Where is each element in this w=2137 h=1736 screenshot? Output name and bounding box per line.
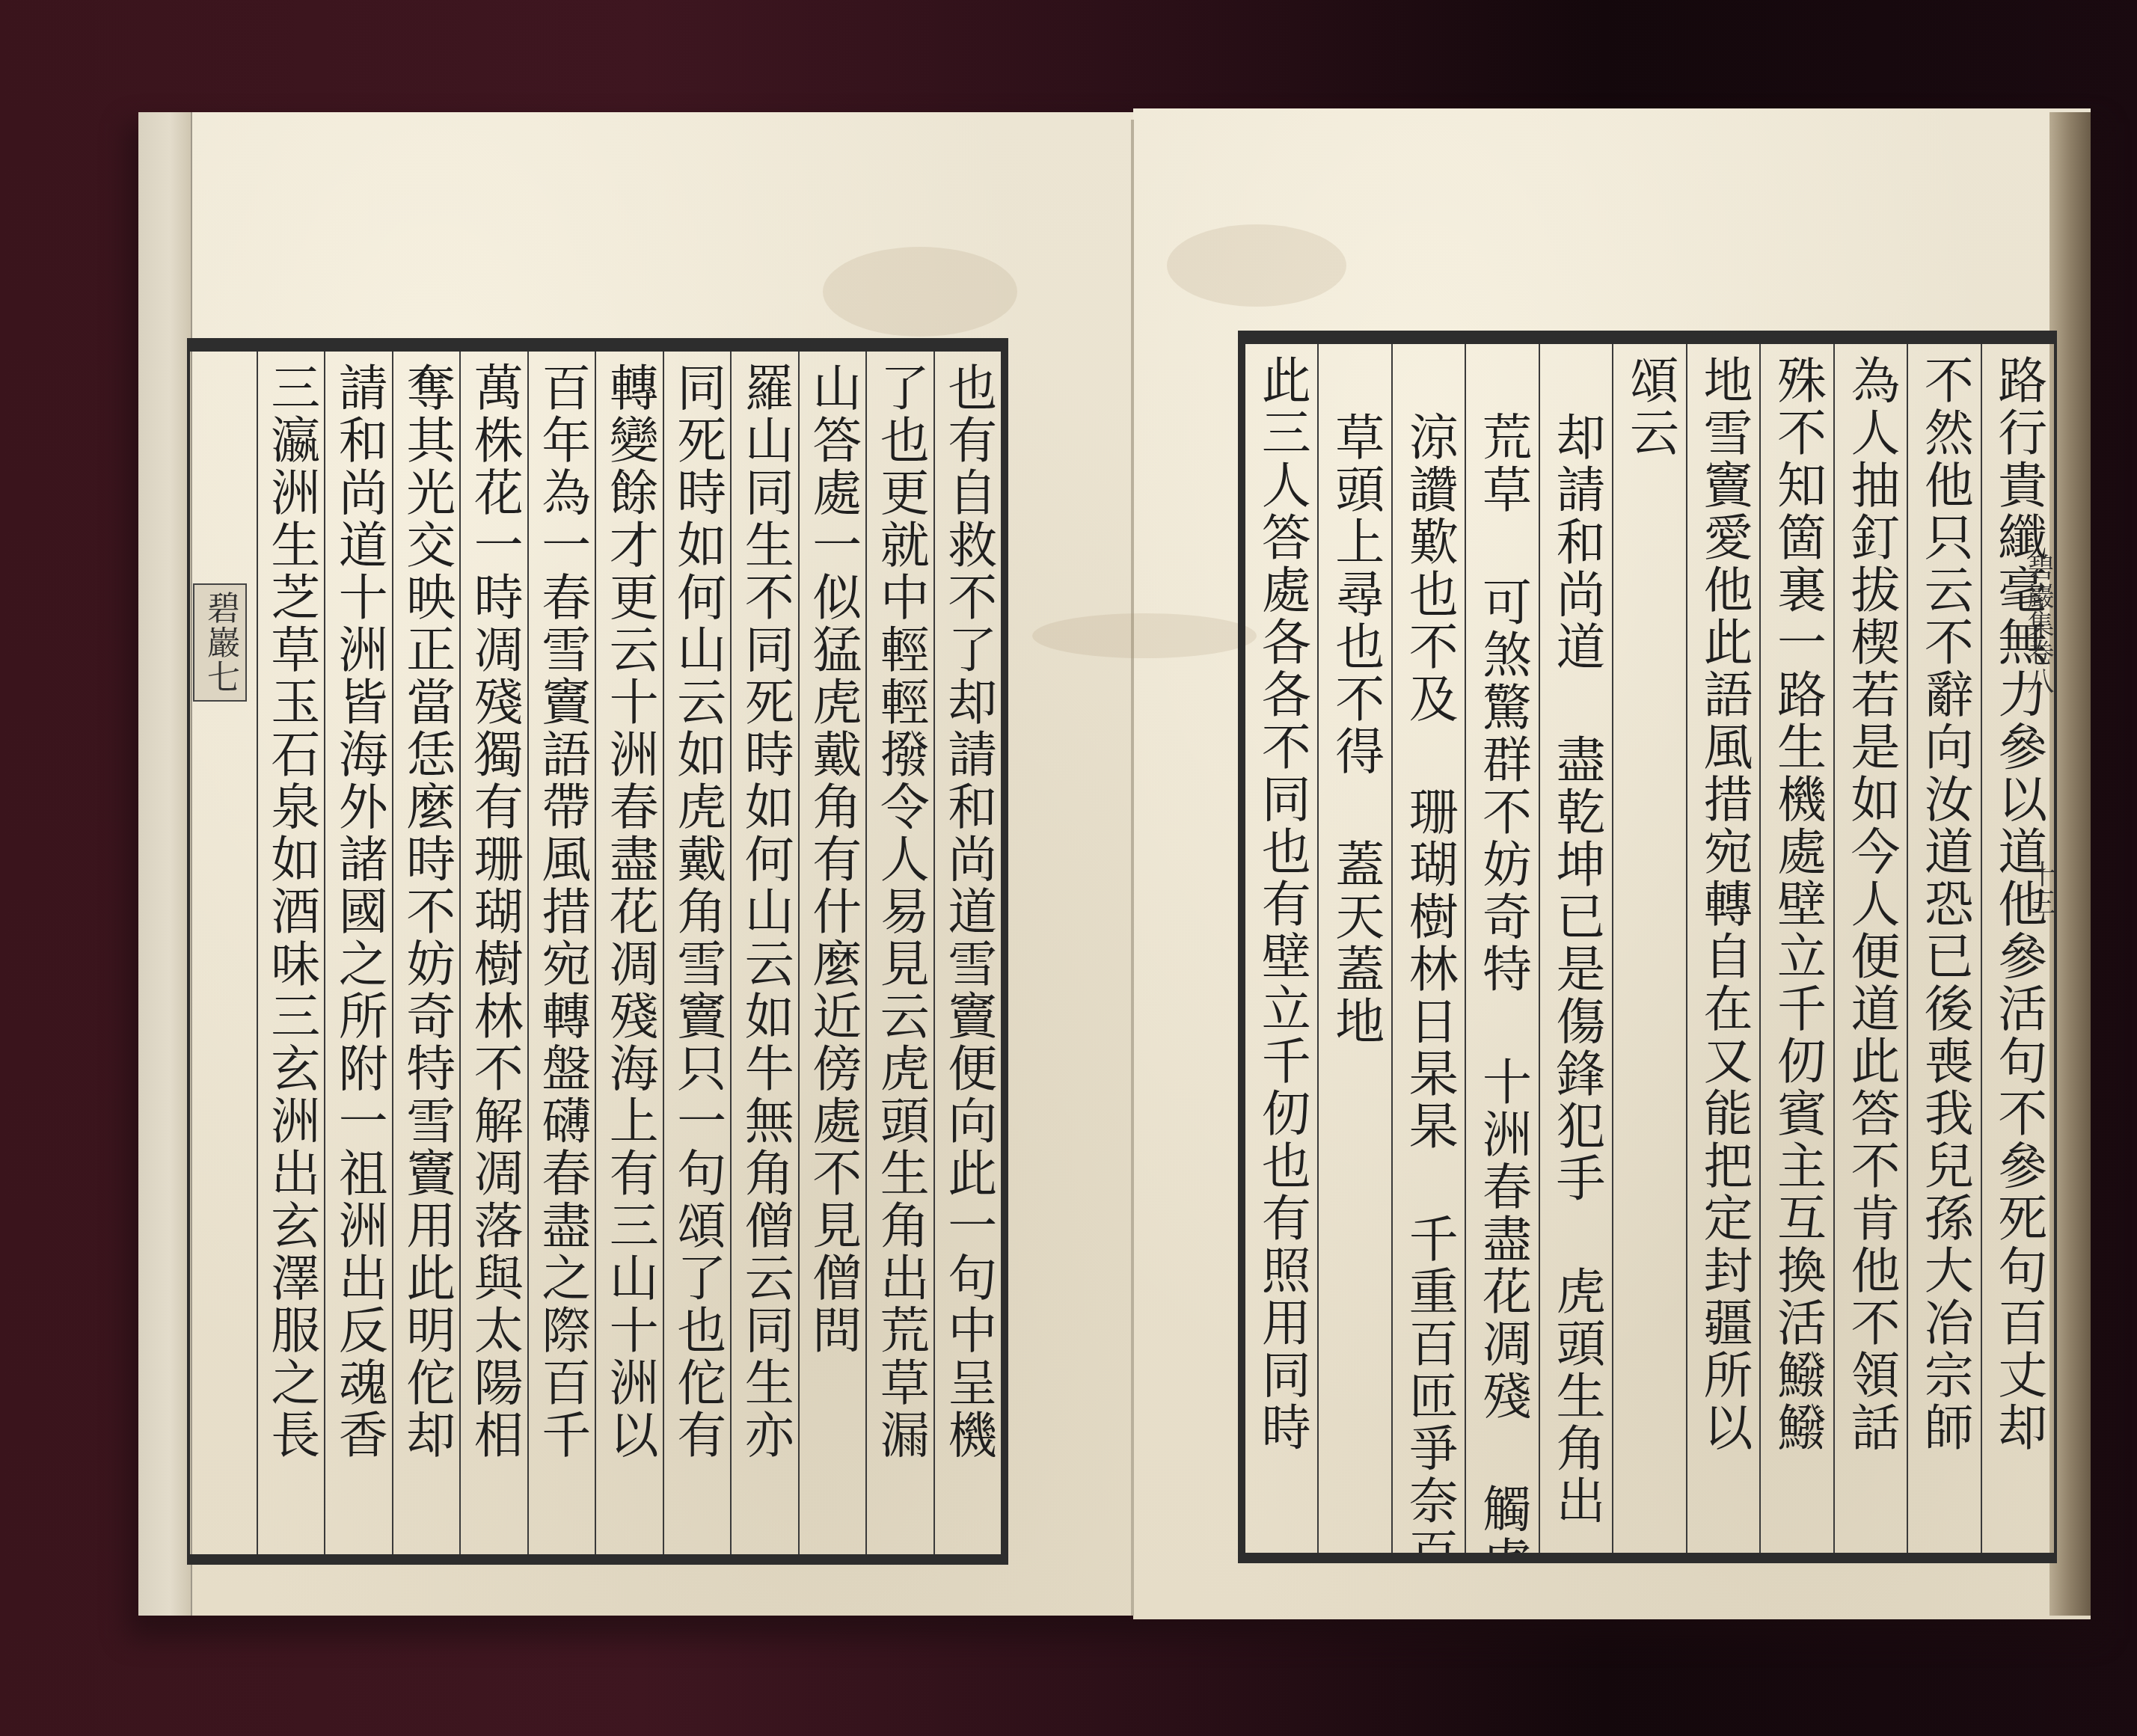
text-column: 地雪竇愛他此語風措宛轉自在又能把定封疆所以	[1686, 344, 1759, 1553]
text-column-verse-heading: 頌云	[1612, 344, 1685, 1553]
right-columns: 路行貴纖毫無力參以道他參活句不參死句百丈却 不然他只云不辭向汝道恐已後喪我兒孫大…	[1245, 344, 2054, 1553]
text-column: 三瀛洲生芝草玉石泉如酒味三玄洲出玄澤服之長	[257, 352, 325, 1554]
text-column: 萬株花一時凋殘獨有珊瑚樹林不解凋落與太陽相	[459, 352, 527, 1554]
right-fold-title-label: 碧巖集卷八	[2020, 553, 2058, 696]
text-column: 轉變餘才更云十洲春盡花凋殘海上有三山十洲以	[595, 352, 663, 1554]
text-column: 羅山同生不同死時如何山云如牛無角僧云同生亦	[730, 352, 798, 1554]
page-number: 十三	[2021, 860, 2059, 917]
left-text-frame: 也有自救不了却請和尚道雪竇便向此一句中呈機 了也更就中輕輕撥令人易見云虎頭生角出…	[187, 338, 1008, 1565]
left-columns: 也有自救不了却請和尚道雪竇便向此一句中呈機 了也更就中輕輕撥令人易見云虎頭生角出…	[190, 352, 1001, 1554]
verse-column: 荒草 可煞驚群不妨奇特 十洲春盡花凋殘 觸處清	[1465, 344, 1538, 1553]
text-column: 百年為一春雪竇語帶風措宛轉盤礴春盡之際百千	[527, 352, 595, 1554]
text-column: 此三人答處各各不同也有壁立千仞也有照用同時	[1245, 344, 1317, 1553]
fold-margin-column	[190, 352, 257, 1554]
text-column: 奪其光交映正當恁麼時不妨奇特雪竇用此明佗却	[392, 352, 460, 1554]
text-column: 請和尚道十洲皆海外諸國之所附一祖洲出反魂香	[324, 352, 392, 1554]
book-gutter	[1131, 120, 1134, 1616]
left-page-edge	[138, 112, 192, 1616]
water-stain	[1167, 224, 1346, 307]
verse-column: 草頭上尋也不得 蓋天蓋地	[1317, 344, 1391, 1553]
right-text-frame: 路行貴纖毫無力參以道他參活句不參死句百丈却 不然他只云不辭向汝道恐已後喪我兒孫大…	[1238, 331, 2057, 1563]
left-fold-title-label: 碧巖七	[193, 583, 247, 702]
text-column: 為人抽釘拔楔若是如今人便道此答不肯他不領話	[1833, 344, 1907, 1553]
text-column: 路行貴纖毫無力參以道他參活句不參死句百丈却	[1981, 344, 2054, 1553]
verse-column: 涼讚歎也不及 珊瑚樹林日杲杲 千重百匝爭奈百	[1391, 344, 1465, 1553]
water-stain	[823, 247, 1017, 337]
text-column: 同死時如何山云如虎戴角雪竇只一句頌了也佗有	[663, 352, 731, 1554]
verse-column: 却請和尚道 盡乾坤已是傷鋒犯手 虎頭生角出	[1539, 344, 1612, 1553]
text-column: 也有自救不了却請和尚道雪竇便向此一句中呈機	[933, 352, 1002, 1554]
text-column: 了也更就中輕輕撥令人易見云虎頭生角出荒草漏	[865, 352, 933, 1554]
text-column: 山答處一似猛虎戴角有什麼近傍處不見僧問	[798, 352, 866, 1554]
text-column: 殊不知箇裏一路生機處壁立千仞賓主互換活鱍鱍	[1759, 344, 1833, 1553]
water-stain	[1032, 613, 1257, 658]
text-column: 不然他只云不辭向汝道恐已後喪我兒孫大冶宗師	[1907, 344, 1980, 1553]
